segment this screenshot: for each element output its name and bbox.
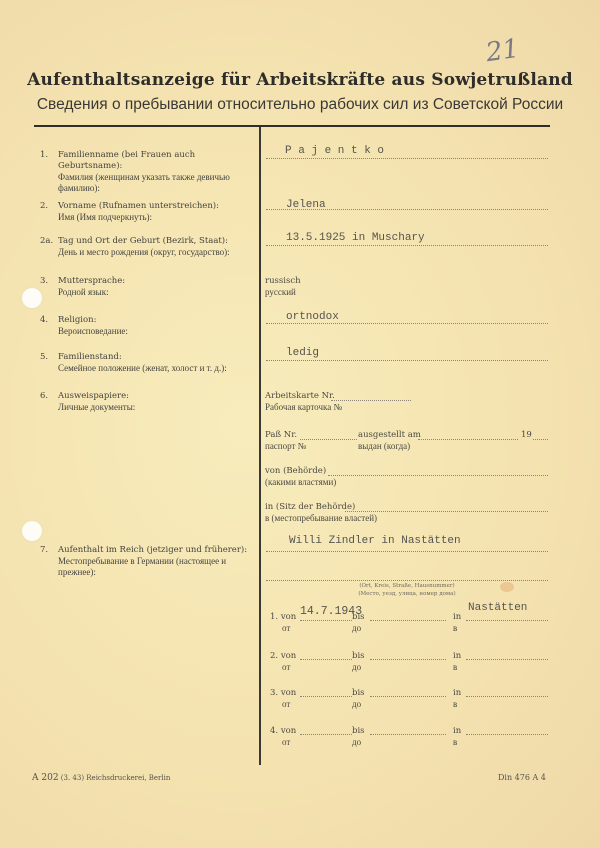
year-prefix: 19 bbox=[521, 430, 532, 441]
family-name-value[interactable]: P a j e n t k o bbox=[285, 145, 384, 157]
field-residence-label: 7. Aufenthalt im Reich (jetziger und frü… bbox=[58, 545, 263, 578]
residence-line-2 bbox=[266, 580, 548, 581]
passport-label: Paß Nr. паспорт № bbox=[265, 430, 306, 452]
authority-label: von (Behörde) (какими властями) bbox=[265, 466, 336, 488]
stay-2-from-line[interactable] bbox=[300, 659, 352, 660]
marital-status-value[interactable]: ledig bbox=[286, 347, 319, 359]
issued-label: ausgestellt am выдан (когда) bbox=[358, 430, 421, 452]
field-religion-label: 4. Religion: Вероисповедание: bbox=[58, 315, 258, 337]
stay-3-to-line[interactable] bbox=[370, 696, 446, 697]
stay-4-from-line[interactable] bbox=[300, 734, 352, 735]
handwritten-page-number: 21 bbox=[484, 34, 521, 68]
authority-line[interactable] bbox=[328, 475, 548, 476]
field-birth-label: 2a. Tag und Ort der Geburt (Bezirk, Staa… bbox=[58, 236, 263, 258]
religion-line bbox=[266, 323, 548, 324]
authority-seat-line[interactable] bbox=[345, 511, 548, 512]
stay-3-place-line[interactable] bbox=[466, 696, 548, 697]
punch-hole bbox=[22, 521, 42, 541]
labor-card-number-line[interactable] bbox=[331, 400, 411, 401]
stay-4-place-line[interactable] bbox=[466, 734, 548, 735]
marital-status-line bbox=[266, 360, 548, 361]
stay-1-place-value[interactable]: Nastätten bbox=[468, 602, 527, 614]
family-name-line bbox=[266, 158, 548, 159]
authority-seat-label: in (Sitz der Behörde) в (местопребывание… bbox=[265, 502, 377, 524]
title-russian: Сведения о пребывании относительно рабоч… bbox=[0, 96, 600, 114]
field-mother-tongue-label: 3. Muttersprache: Родной язык: bbox=[58, 276, 258, 298]
labor-card-label: Arbeitskarte Nr. Рабочая карточка № bbox=[265, 391, 342, 413]
field-id-papers-label: 6. Ausweispapiere: Личные документы: bbox=[58, 391, 258, 413]
field-first-name-label: 2. Vorname (Rufnamen unterstreichen): Им… bbox=[58, 201, 258, 223]
address-caption: (Ort, Kreis, Straße, Hausnummer) (Место,… bbox=[266, 582, 548, 598]
birth-line bbox=[266, 245, 548, 246]
punch-hole bbox=[22, 288, 42, 308]
field-family-name-label: 1. Familienname (bei Frauen auch Geburts… bbox=[58, 150, 258, 194]
residence-value[interactable]: Willi Zindler in Nastätten bbox=[289, 535, 461, 547]
stay-1-to-line[interactable] bbox=[370, 620, 446, 621]
year-line[interactable] bbox=[533, 439, 548, 440]
mother-tongue-value: russisch русский bbox=[265, 276, 301, 298]
birth-value[interactable]: 13.5.1925 in Muschary bbox=[286, 232, 425, 244]
title-german: Aufenthaltsanzeige für Arbeitskräfte aus… bbox=[0, 70, 600, 90]
residence-line-1 bbox=[266, 551, 548, 552]
stay-4-to-line[interactable] bbox=[370, 734, 446, 735]
form-number: A 202 (3. 43) Reichsdruckerei, Berlin bbox=[32, 773, 170, 783]
din-format: Din 476 A 4 bbox=[498, 773, 546, 782]
stay-3-from-line[interactable] bbox=[300, 696, 352, 697]
first-name-line bbox=[266, 209, 548, 210]
passport-number-line[interactable] bbox=[300, 439, 357, 440]
religion-value[interactable]: ortnodox bbox=[286, 311, 339, 323]
stay-2-place-line[interactable] bbox=[466, 659, 548, 660]
header-rule bbox=[34, 125, 550, 127]
stay-2-to-line[interactable] bbox=[370, 659, 446, 660]
field-marital-status-label: 5. Familienstand: Семейное положение (же… bbox=[58, 352, 268, 374]
document-page: 21 Aufenthaltsanzeige für Arbeitskräfte … bbox=[0, 0, 600, 848]
issued-date-line[interactable] bbox=[418, 439, 518, 440]
column-divider bbox=[259, 127, 261, 765]
